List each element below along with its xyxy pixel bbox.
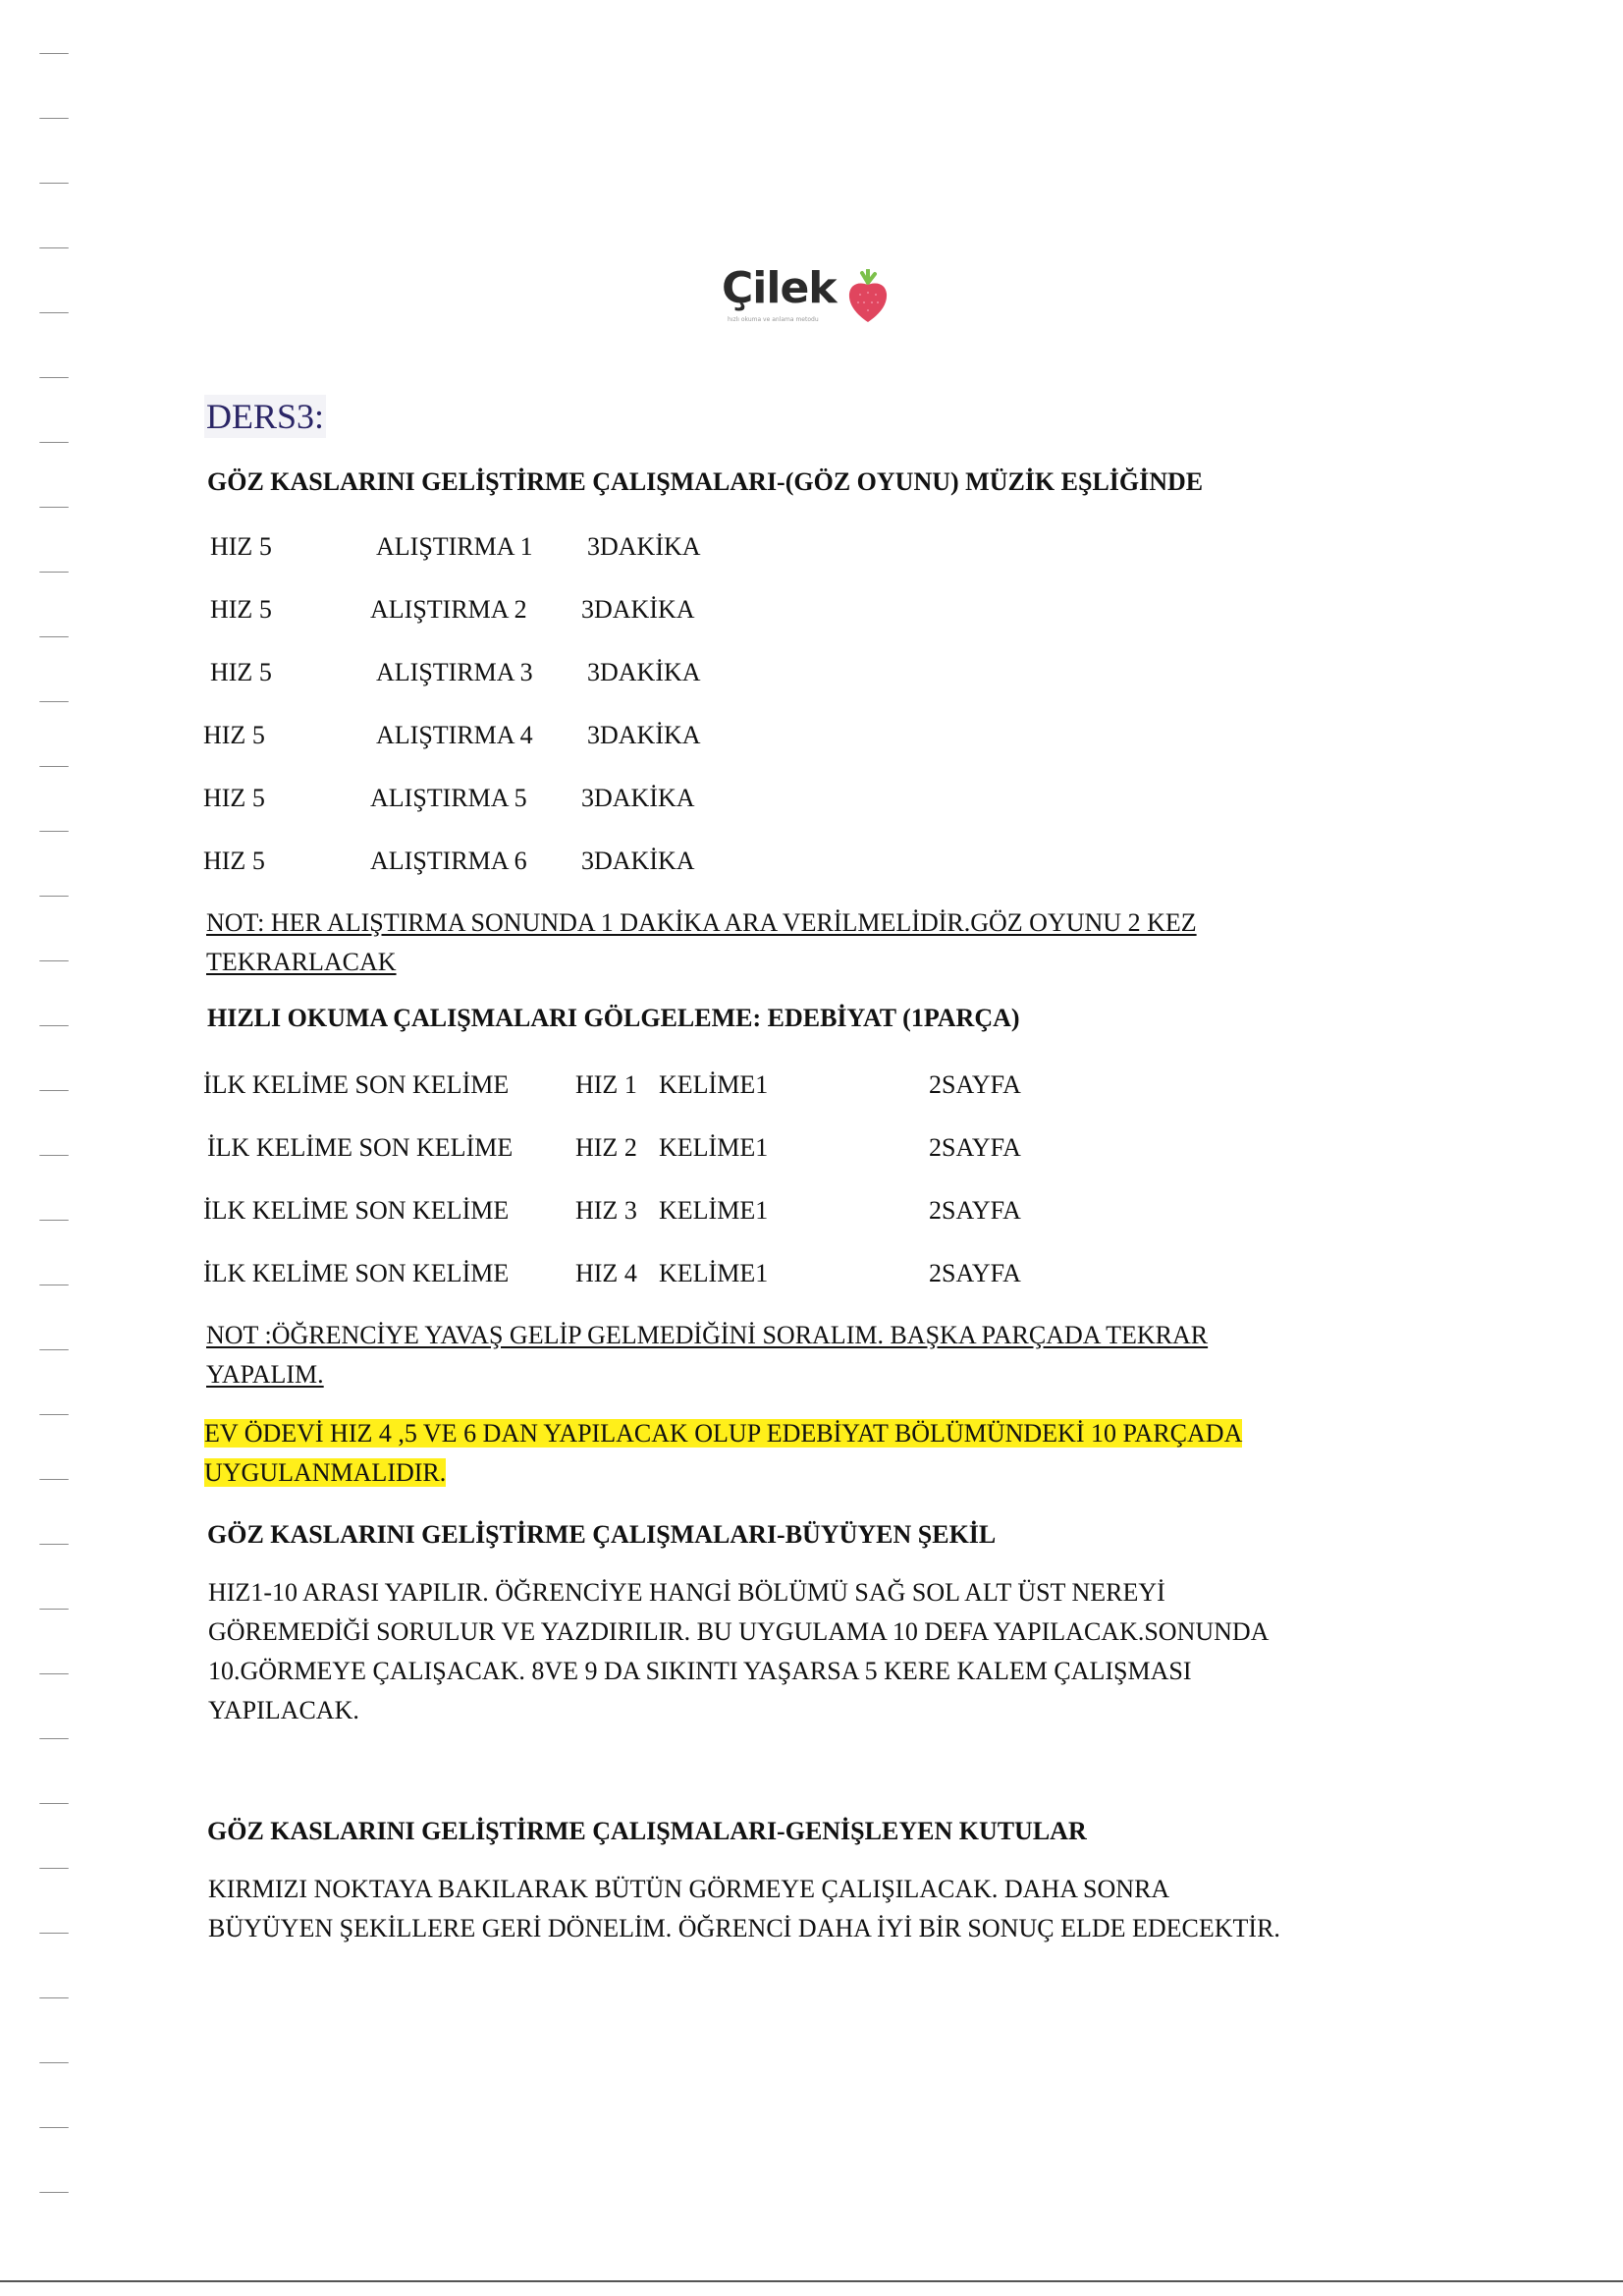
duration: 3DAKİKA <box>581 784 695 813</box>
section-heading-growing-shape: GÖZ KASLARINI GELİŞTİRME ÇALIŞMALARI-BÜY… <box>207 1520 996 1550</box>
pages: 2SAYFA <box>929 1133 1021 1163</box>
page-bottom-edge <box>0 2280 1623 2282</box>
binding-mark <box>39 1155 69 1156</box>
binding-mark <box>39 247 69 248</box>
binding-mark <box>39 1025 69 1026</box>
section-heading-speed-reading: HIZLI OKUMA ÇALIŞMALARI GÖLGELEME: EDEBİ… <box>207 1004 1020 1033</box>
method: İLK KELİME SON KELİME <box>203 1070 509 1100</box>
paragraph-line: BÜYÜYEN ŞEKİLLERE GERİ DÖNELİM. ÖĞRENCİ … <box>208 1909 1426 1948</box>
growing-shape-instructions: HIZ1-10 ARASI YAPILIR. ÖĞRENCİYE HANGİ B… <box>208 1573 1426 1730</box>
speed: HIZ 3 <box>575 1196 637 1226</box>
binding-mark <box>39 636 69 637</box>
binding-mark <box>39 377 69 378</box>
binding-mark <box>39 960 69 961</box>
lesson-title: DERS3: <box>204 395 326 438</box>
pages: 2SAYFA <box>929 1070 1021 1100</box>
logo-wordmark: Çilek <box>722 267 837 310</box>
exercise: ALIŞTIRMA 1 <box>376 532 533 562</box>
method: İLK KELİME SON KELİME <box>203 1196 509 1226</box>
binding-mark <box>39 53 69 54</box>
pages: 2SAYFA <box>929 1259 1021 1288</box>
cilek-logo: Çilek hızlı okuma ve anlama metodu <box>722 267 890 336</box>
binding-mark <box>39 507 69 508</box>
homework-line: EV ÖDEVİ HIZ 4 ,5 VE 6 DAN YAPILACAK OLU… <box>204 1419 1242 1448</box>
words: KELİME1 <box>659 1259 768 1288</box>
speed-reading-note: NOT :ÖĞRENCİYE YAVAŞ GELİP GELMEDİĞİNİ S… <box>206 1316 1384 1394</box>
binding-mark <box>39 1673 69 1674</box>
binding-mark <box>39 1544 69 1545</box>
duration: 3DAKİKA <box>581 595 695 625</box>
exercise: ALIŞTIRMA 4 <box>376 721 533 750</box>
binding-mark <box>39 2127 69 2128</box>
binding-mark <box>39 442 69 443</box>
binding-mark <box>39 1479 69 1480</box>
binding-margin-marks <box>39 0 79 2296</box>
paragraph-line: KIRMIZI NOKTAYA BAKILARAK BÜTÜN GÖRMEYE … <box>208 1870 1426 1909</box>
exercise: ALIŞTIRMA 2 <box>370 595 527 625</box>
exercise: ALIŞTIRMA 3 <box>376 658 533 687</box>
paragraph-line: GÖREMEDİĞİ SORULUR VE YAZDIRILIR. BU UYG… <box>208 1613 1426 1652</box>
binding-mark <box>39 1285 69 1285</box>
binding-mark <box>39 1090 69 1091</box>
paragraph-line: YAPILACAK. <box>208 1691 1426 1730</box>
duration: 3DAKİKA <box>587 721 701 750</box>
note-line: NOT: HER ALIŞTIRMA SONUNDA 1 DAKİKA ARA … <box>206 903 1384 943</box>
speed: HIZ 5 <box>203 847 265 876</box>
note-line: NOT :ÖĞRENCİYE YAVAŞ GELİP GELMEDİĞİNİ S… <box>206 1316 1384 1355</box>
paragraph-line: 10.GÖRMEYE ÇALIŞACAK. 8VE 9 DA SIKINTI Y… <box>208 1652 1426 1691</box>
binding-mark <box>39 1868 69 1869</box>
speed: HIZ 5 <box>203 721 265 750</box>
binding-mark <box>39 2192 69 2193</box>
binding-mark <box>39 766 69 767</box>
words: KELİME1 <box>659 1133 768 1163</box>
binding-mark <box>39 118 69 119</box>
binding-mark <box>39 1609 69 1610</box>
homework-line: UYGULANMALIDIR. <box>204 1458 446 1487</box>
note-line: YAPALIM. <box>206 1355 1384 1394</box>
section-heading-expanding-boxes: GÖZ KASLARINI GELİŞTİRME ÇALIŞMALARI-GEN… <box>207 1817 1087 1846</box>
binding-mark <box>39 183 69 184</box>
speed: HIZ 5 <box>210 658 272 687</box>
speed: HIZ 5 <box>210 595 272 625</box>
section-heading-eye-game: GÖZ KASLARINI GELİŞTİRME ÇALIŞMALARI-(GÖ… <box>207 467 1203 497</box>
binding-mark <box>39 312 69 313</box>
words: KELİME1 <box>659 1196 768 1226</box>
speed: HIZ 5 <box>203 784 265 813</box>
method: İLK KELİME SON KELİME <box>207 1133 513 1163</box>
binding-mark <box>39 896 69 897</box>
duration: 3DAKİKA <box>587 658 701 687</box>
speed: HIZ 5 <box>210 532 272 562</box>
binding-mark <box>39 1738 69 1739</box>
binding-mark <box>39 1349 69 1350</box>
strawberry-icon <box>846 269 890 324</box>
homework-highlight: EV ÖDEVİ HIZ 4 ,5 VE 6 DAN YAPILACAK OLU… <box>204 1414 1422 1493</box>
duration: 3DAKİKA <box>587 532 701 562</box>
pages: 2SAYFA <box>929 1196 1021 1226</box>
binding-mark <box>39 2062 69 2063</box>
binding-mark <box>39 1997 69 1998</box>
paragraph-line: HIZ1-10 ARASI YAPILIR. ÖĞRENCİYE HANGİ B… <box>208 1573 1426 1613</box>
exercise: ALIŞTIRMA 5 <box>370 784 527 813</box>
expanding-boxes-instructions: KIRMIZI NOKTAYA BAKILARAK BÜTÜN GÖRMEYE … <box>208 1870 1426 1948</box>
binding-mark <box>39 1414 69 1415</box>
logo-tagline: hızlı okuma ve anlama metodu <box>728 316 819 323</box>
binding-mark <box>39 1220 69 1221</box>
speed: HIZ 4 <box>575 1259 637 1288</box>
binding-mark <box>39 831 69 832</box>
binding-mark <box>39 701 69 702</box>
binding-mark <box>39 1803 69 1804</box>
speed: HIZ 2 <box>575 1133 637 1163</box>
eye-game-note: NOT: HER ALIŞTIRMA SONUNDA 1 DAKİKA ARA … <box>206 903 1384 982</box>
binding-mark <box>39 1933 69 1934</box>
duration: 3DAKİKA <box>581 847 695 876</box>
method: İLK KELİME SON KELİME <box>203 1259 509 1288</box>
exercise: ALIŞTIRMA 6 <box>370 847 527 876</box>
speed: HIZ 1 <box>575 1070 637 1100</box>
note-line: TEKRARLACAK <box>206 943 1384 982</box>
binding-mark <box>39 572 69 573</box>
words: KELİME1 <box>659 1070 768 1100</box>
